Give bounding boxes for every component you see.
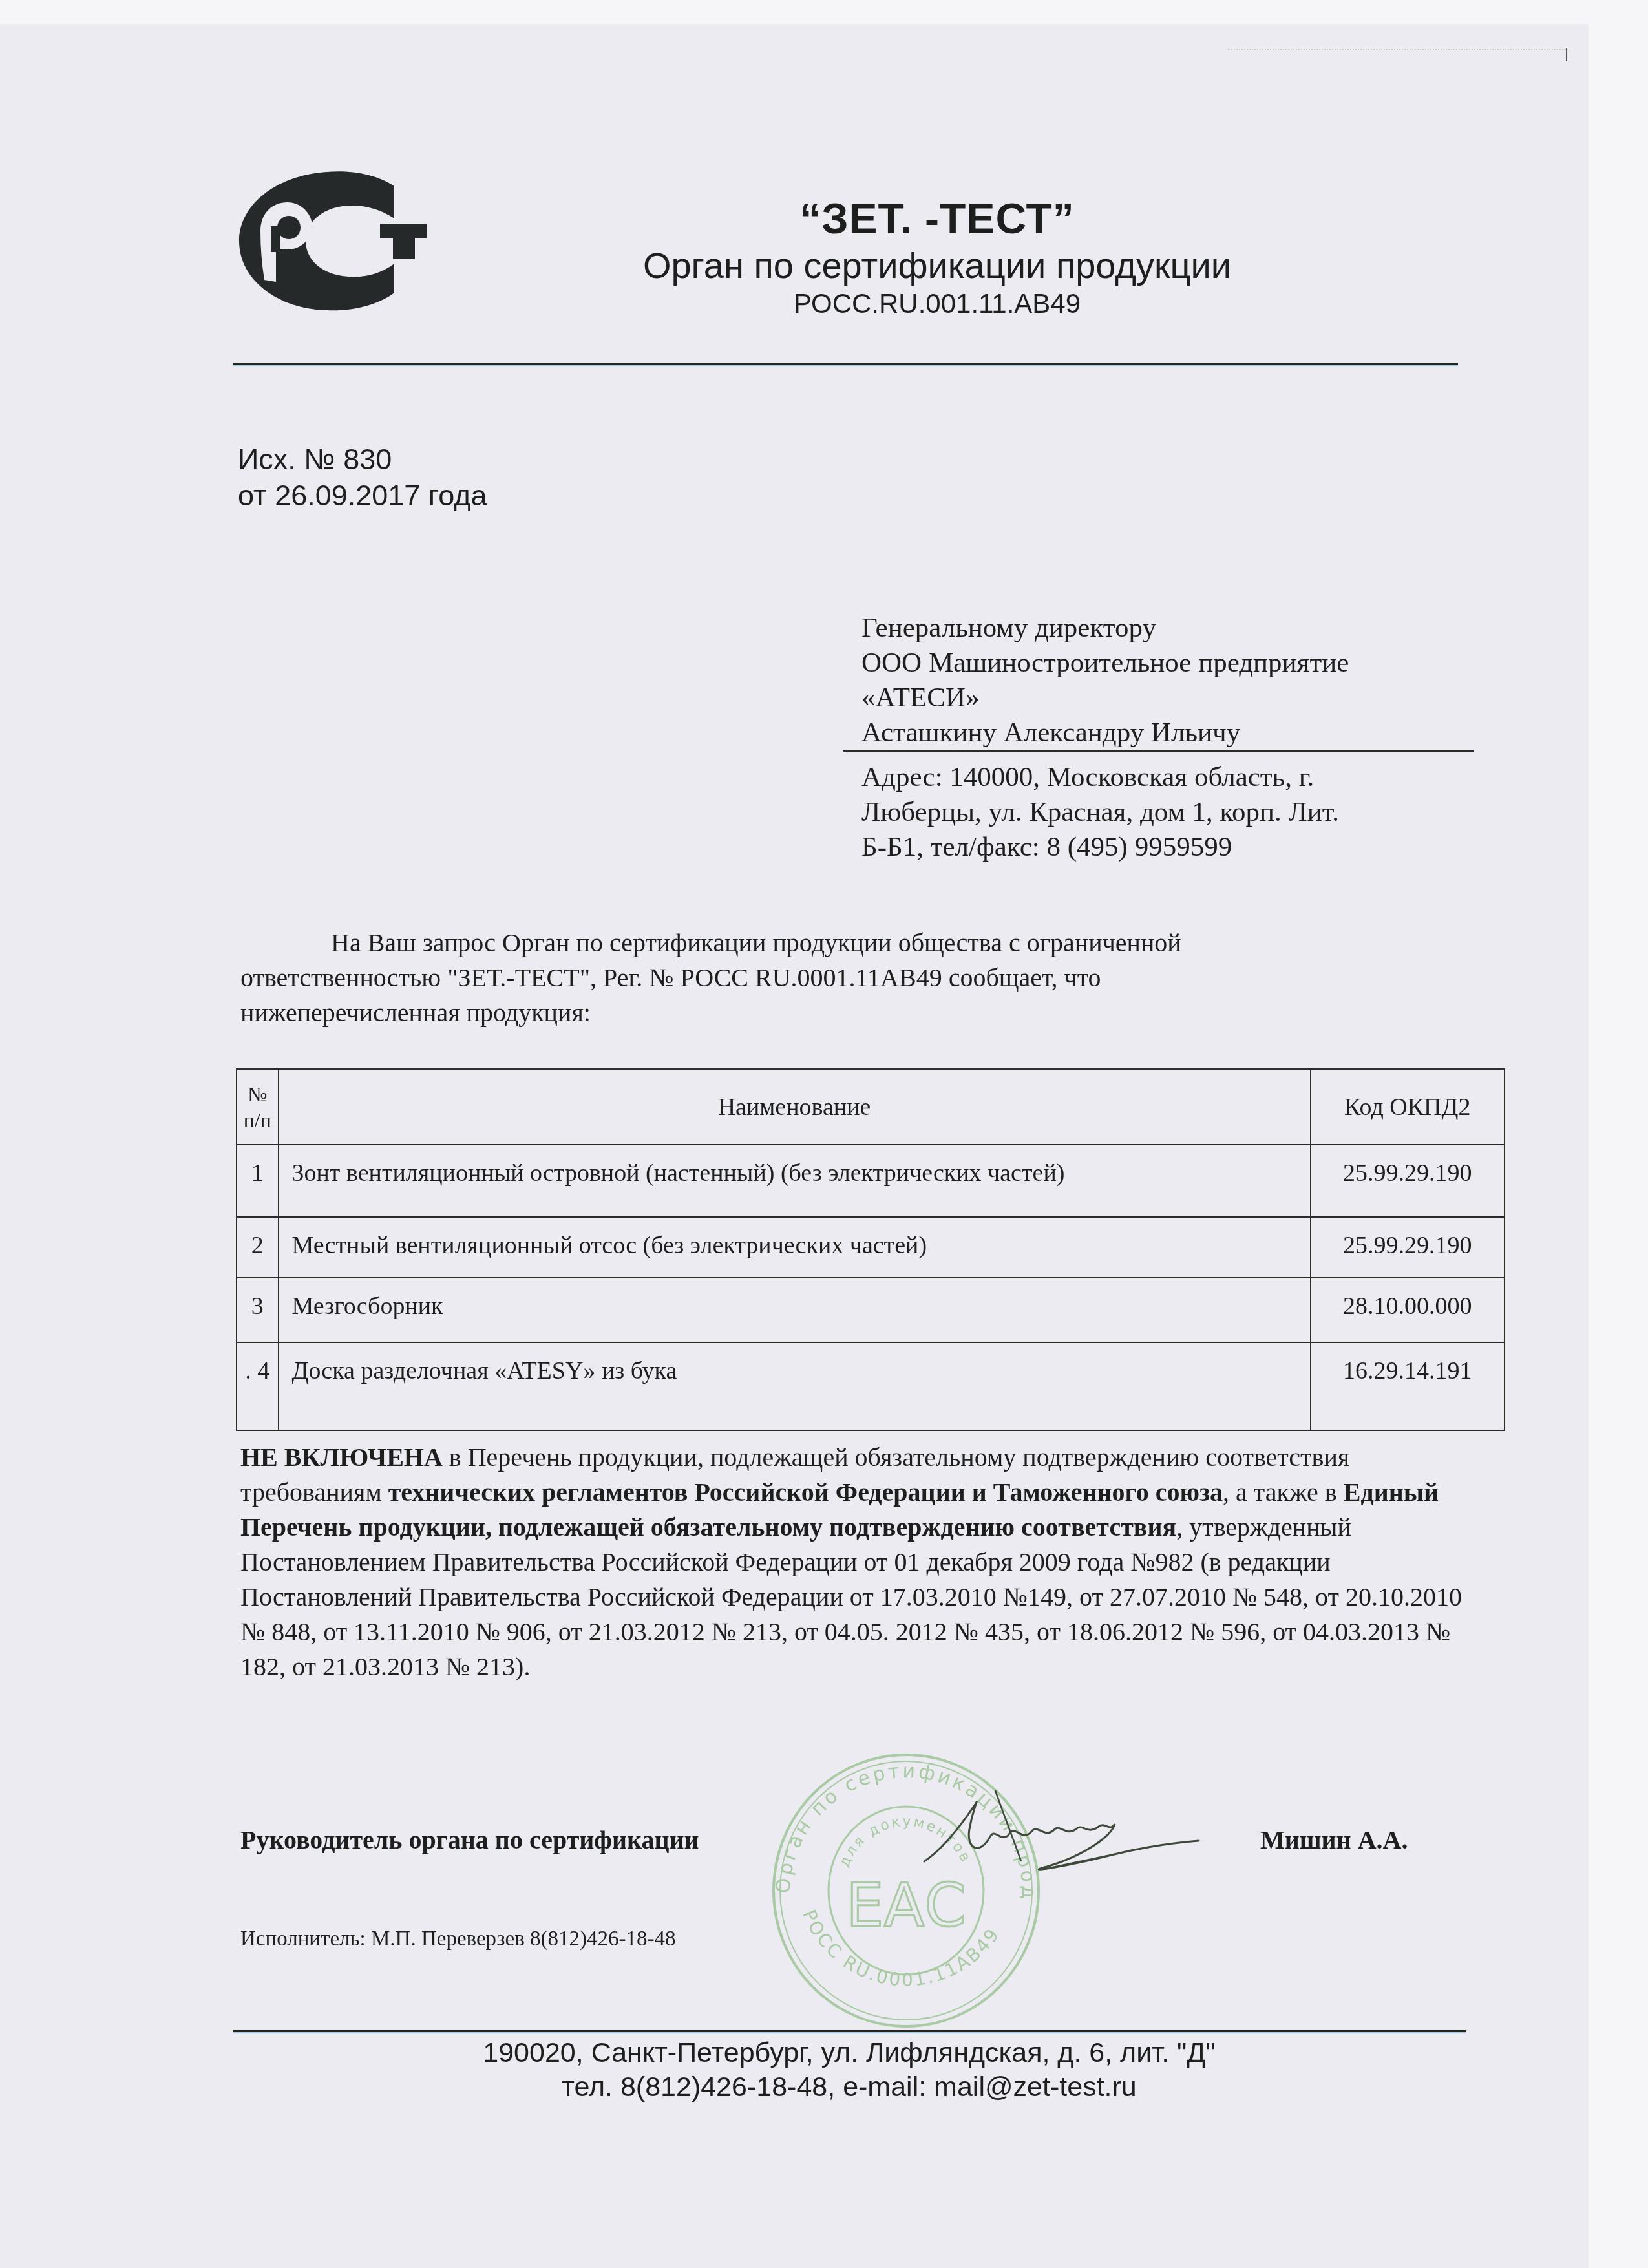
org-registration: РОСС.RU.001.11.АВ49: [582, 288, 1293, 319]
footer-contacts: тел. 8(812)426-18-48, e-mail: mail@zet-t…: [233, 2072, 1466, 2103]
statement-paragraph: НЕ ВКЛЮЧЕНА в Перечень продукции, подлеж…: [240, 1440, 1462, 1684]
addressee-block: Генеральному директору ООО Машиностроите…: [861, 611, 1349, 750]
row-code: 25.99.29.190: [1311, 1145, 1505, 1217]
org-name: “ЗЕТ. -ТЕСТ”: [646, 194, 1228, 243]
row-name: Зонт вентиляционный островной (настенный…: [279, 1145, 1311, 1217]
table-row: 2 Местный вентиляционный отсос (без элек…: [237, 1217, 1505, 1278]
row-code: 25.99.29.190: [1311, 1217, 1505, 1278]
outgoing-reference: Исх. № 830 от 26.09.2017 года: [238, 441, 487, 514]
row-name: Доска разделочная «ATESY» из бука: [279, 1342, 1311, 1430]
table-row: . 4 Доска разделочная «ATESY» из бука 16…: [237, 1342, 1505, 1430]
products-table: № п/п Наименование Код ОКПД2 1 Зонт вент…: [236, 1068, 1505, 1431]
intro-line: нижеперечисленная продукция:: [240, 995, 1391, 1030]
header-code: Код ОКПД2: [1311, 1069, 1505, 1145]
addressee-company-name: «АТЕСИ»: [861, 681, 1349, 715]
row-number: 2: [237, 1217, 279, 1278]
table-row: 3 Мезгосборник 28.10.00.000: [237, 1278, 1505, 1342]
handwritten-signature: [918, 1784, 1202, 1881]
row-number: 3: [237, 1278, 279, 1342]
addressee-company: ООО Машиностроительное предприятие: [861, 646, 1349, 681]
table-row: 1 Зонт вентиляционный островной (настенн…: [237, 1145, 1505, 1217]
addressee-divider: [843, 750, 1474, 752]
row-name: Местный вентиляционный отсос (без электр…: [279, 1217, 1311, 1278]
address-line: Б-Б1, тел/факс: 8 (495) 9959599: [861, 830, 1482, 865]
row-code: 28.10.00.000: [1311, 1278, 1505, 1342]
header-name: Наименование: [279, 1069, 1311, 1145]
signatory-name: Мишин А.А.: [1260, 1825, 1408, 1855]
eac-mark-icon: ЕАС: [846, 1871, 966, 1940]
outgoing-date: от 26.09.2017 года: [238, 478, 487, 514]
table-header-row: № п/п Наименование Код ОКПД2: [237, 1069, 1505, 1145]
header-number: № п/п: [237, 1069, 279, 1145]
intro-line: ответственностью "ЗЕТ.-ТЕСТ", Рег. № РОС…: [240, 960, 1391, 995]
scan-margin-right: [1589, 0, 1648, 2268]
not-included-label: НЕ ВКЛЮЧЕНА: [240, 1443, 443, 1472]
addressee-person: Асташкину Александру Ильичу: [861, 715, 1349, 750]
tech-regulations-text: технических регламентов Российской Федер…: [388, 1478, 1223, 1507]
footer-address: 190020, Санкт-Петербург, ул. Лифляндская…: [233, 2037, 1466, 2069]
address-line: Люберцы, ул. Красная, дом 1, корп. Лит.: [861, 795, 1482, 830]
scan-margin-top: [0, 0, 1648, 24]
rst-logo-icon: [236, 167, 430, 315]
scan-artifact-mark: [1566, 48, 1567, 61]
addressee-position: Генеральному директору: [861, 611, 1349, 646]
certification-stamp: Орган по сертификации продукции РОСС RU.…: [751, 1732, 1061, 2036]
outgoing-number: Исх. № 830: [238, 441, 487, 478]
intro-paragraph: На Ваш запрос Орган по сертификации прод…: [240, 926, 1391, 1030]
row-number: 1: [237, 1145, 279, 1217]
footer-divider: [233, 2030, 1466, 2032]
row-code: 16.29.14.191: [1311, 1342, 1505, 1430]
row-number: . 4: [237, 1342, 279, 1430]
signatory-title: Руководитель органа по сертификации: [240, 1825, 699, 1855]
row-name: Мезгосборник: [279, 1278, 1311, 1342]
header-divider: [233, 363, 1458, 365]
intro-line: На Ваш запрос Орган по сертификации прод…: [240, 926, 1391, 960]
address-line: Адрес: 140000, Московская область, г.: [861, 760, 1482, 795]
addressee-address: Адрес: 140000, Московская область, г. Лю…: [861, 760, 1482, 865]
scan-artifact-line: [1228, 49, 1566, 50]
org-subtitle: Орган по сертификации продукции: [452, 244, 1422, 286]
performer-info: Исполнитель: М.П. Переверзев 8(812)426-1…: [240, 1927, 675, 1951]
